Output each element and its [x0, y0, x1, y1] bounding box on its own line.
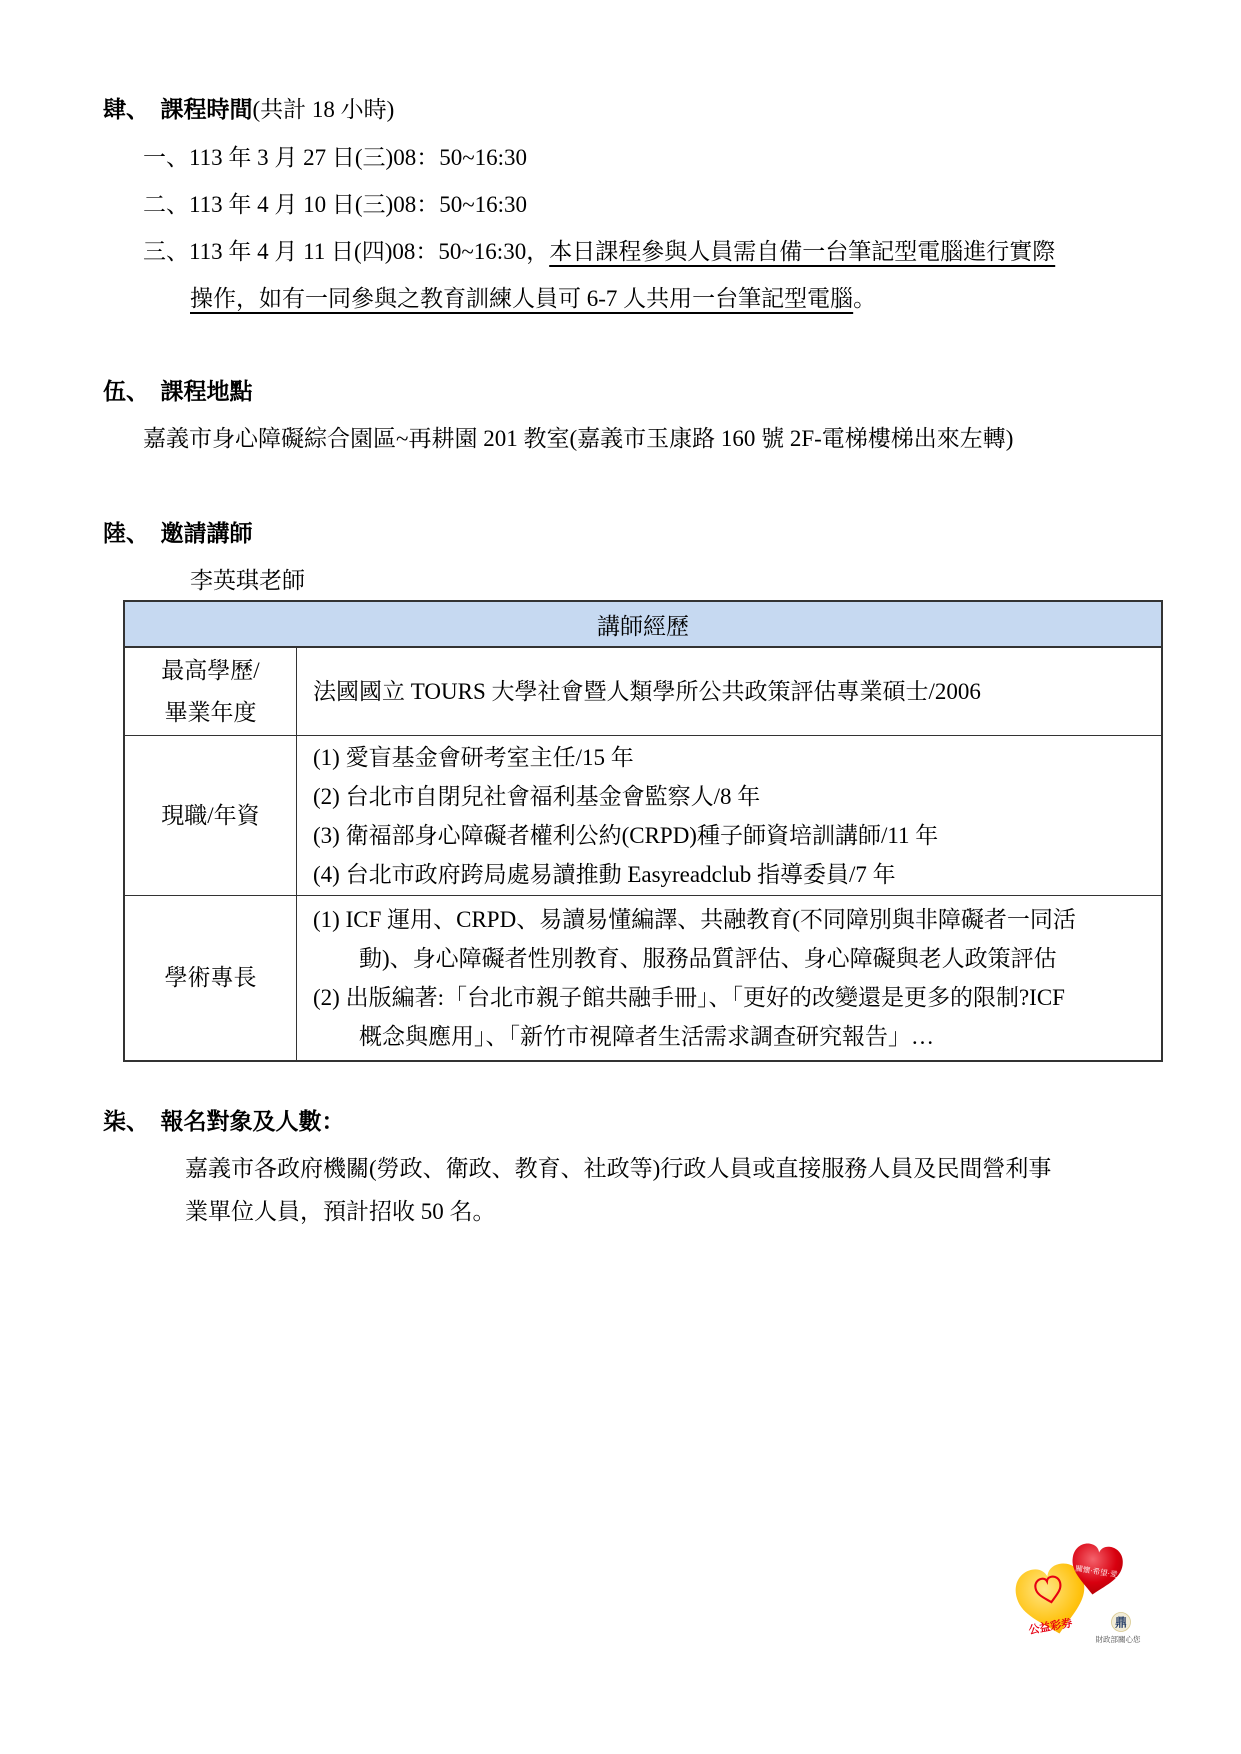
row2-line3: (3) 衛福部身心障礙者權利公約(CRPD)種子師資培訓講師/11 年 — [313, 816, 1145, 855]
section5-location: 嘉義市身心障礙綜合園區~再耕園 201 教室(嘉義市玉康路 160 號 2F-電… — [143, 425, 1013, 454]
section4-item3-underline1: 本日課程參與人員需自備一台筆記型電腦進行實際 — [549, 239, 1055, 264]
section4-item3-line2: 操作，如有一同參與之教育訓練人員可 6-7 人共用一台筆記型電腦。 — [190, 285, 876, 314]
ministry-emblem-icon: 鼎 — [1115, 1615, 1127, 1630]
row2-label-cell: 現職/年資 — [125, 736, 297, 895]
row3-label-cell: 學術專長 — [125, 896, 297, 1060]
row2-line1: (1) 愛盲基金會研考室主任/15 年 — [313, 738, 1145, 777]
table-header-row: 講師經歷 — [125, 602, 1161, 648]
section4-heading-title: 肆、 課程時間 — [103, 97, 253, 122]
section6-heading: 陸、 邀請講師 — [103, 520, 253, 549]
instructor-name: 李英琪老師 — [190, 567, 305, 596]
section4-item1: 一、113 年 3 月 27 日(三)08：50~16:30 — [143, 144, 527, 173]
table-row-education: 最高學歷/ 畢業年度 法國國立 TOURS 大學社會暨人類學所公共政策評估專業碩… — [125, 648, 1161, 736]
section4-item3-prefix: 三、113 年 4 月 11 日(四)08：50~16:30， — [143, 239, 549, 264]
section4-item3-suffix: 。 — [853, 286, 876, 311]
row1-label-line1: 最高學歷/ — [161, 650, 259, 692]
row1-content: 法國國立 TOURS 大學社會暨人類學所公共政策評估專業碩士/2006 — [313, 672, 1145, 711]
section7-body-line2: 業單位人員，預計招收 50 名。 — [185, 1198, 496, 1227]
row2-line2: (2) 台北市自閉兒社會福利基金會監察人/8 年 — [313, 777, 1145, 816]
row3-line4: 概念與應用」、「新竹市視障者生活需求調查研究報告」… — [313, 1017, 1145, 1056]
section5-heading: 伍、 課程地點 — [103, 378, 253, 407]
section7-body-line1: 嘉義市各政府機關(勞政、衛政、教育、社政等)行政人員或直接服務人員及民間營利事 — [185, 1155, 1051, 1184]
row3-content-cell: (1) ICF 運用、CRPD、易讀易懂編譯、共融教育(不同障別與非障礙者一同活… — [297, 896, 1161, 1060]
row3-line2: 動)、身心障礙者性別教育、服務品質評估、身心障礙與老人政策評估 — [313, 939, 1145, 978]
row1-label-line2: 畢業年度 — [165, 692, 257, 734]
section4-item2: 二、113 年 4 月 10 日(三)08：50~16:30 — [143, 191, 527, 220]
row2-content-cell: (1) 愛盲基金會研考室主任/15 年 (2) 台北市自閉兒社會福利基金會監察人… — [297, 736, 1161, 895]
row2-label: 現職/年資 — [161, 795, 259, 837]
section4-item3-underline2: 操作，如有一同參與之教育訓練人員可 6-7 人共用一台筆記型電腦 — [190, 286, 853, 311]
lottery-logo: 關懷·希望·愛 公益彩券 鼎 財政部關心您 — [1008, 1540, 1148, 1652]
row1-label-cell: 最高學歷/ 畢業年度 — [125, 648, 297, 735]
row3-label: 學術專長 — [165, 957, 257, 999]
document-page: { "document": { "section4": { "heading_b… — [0, 0, 1241, 1754]
row2-line4: (4) 台北市政府跨局處易讀推動 Easyreadclub 指導委員/7 年 — [313, 855, 1145, 894]
row3-line1: (1) ICF 運用、CRPD、易讀易懂編譯、共融教育(不同障別與非障礙者一同活 — [313, 900, 1145, 939]
section4-heading: 肆、 課程時間(共計 18 小時) — [103, 96, 394, 125]
instructor-table: 講師經歷 最高學歷/ 畢業年度 法國國立 TOURS 大學社會暨人類學所公共政策… — [123, 600, 1163, 1062]
section4-item3-line1: 三、113 年 4 月 11 日(四)08：50~16:30，本日課程參與人員需… — [143, 238, 1055, 267]
section7-heading: 柒、 報名對象及人數： — [103, 1108, 345, 1137]
row3-line3: (2) 出版編著:「台北市親子館共融手冊」、「更好的改變還是更多的限制?ICF — [313, 978, 1145, 1017]
table-row-positions: 現職/年資 (1) 愛盲基金會研考室主任/15 年 (2) 台北市自閉兒社會福利… — [125, 736, 1161, 896]
ministry-caption: 財政部關心您 — [1096, 1634, 1141, 1644]
row1-content-cell: 法國國立 TOURS 大學社會暨人類學所公共政策評估專業碩士/2006 — [297, 648, 1161, 735]
section4-heading-note: (共計 18 小時) — [253, 97, 395, 122]
table-header-label: 講師經歷 — [597, 608, 689, 641]
table-row-expertise: 學術專長 (1) ICF 運用、CRPD、易讀易懂編譯、共融教育(不同障別與非障… — [125, 896, 1161, 1060]
